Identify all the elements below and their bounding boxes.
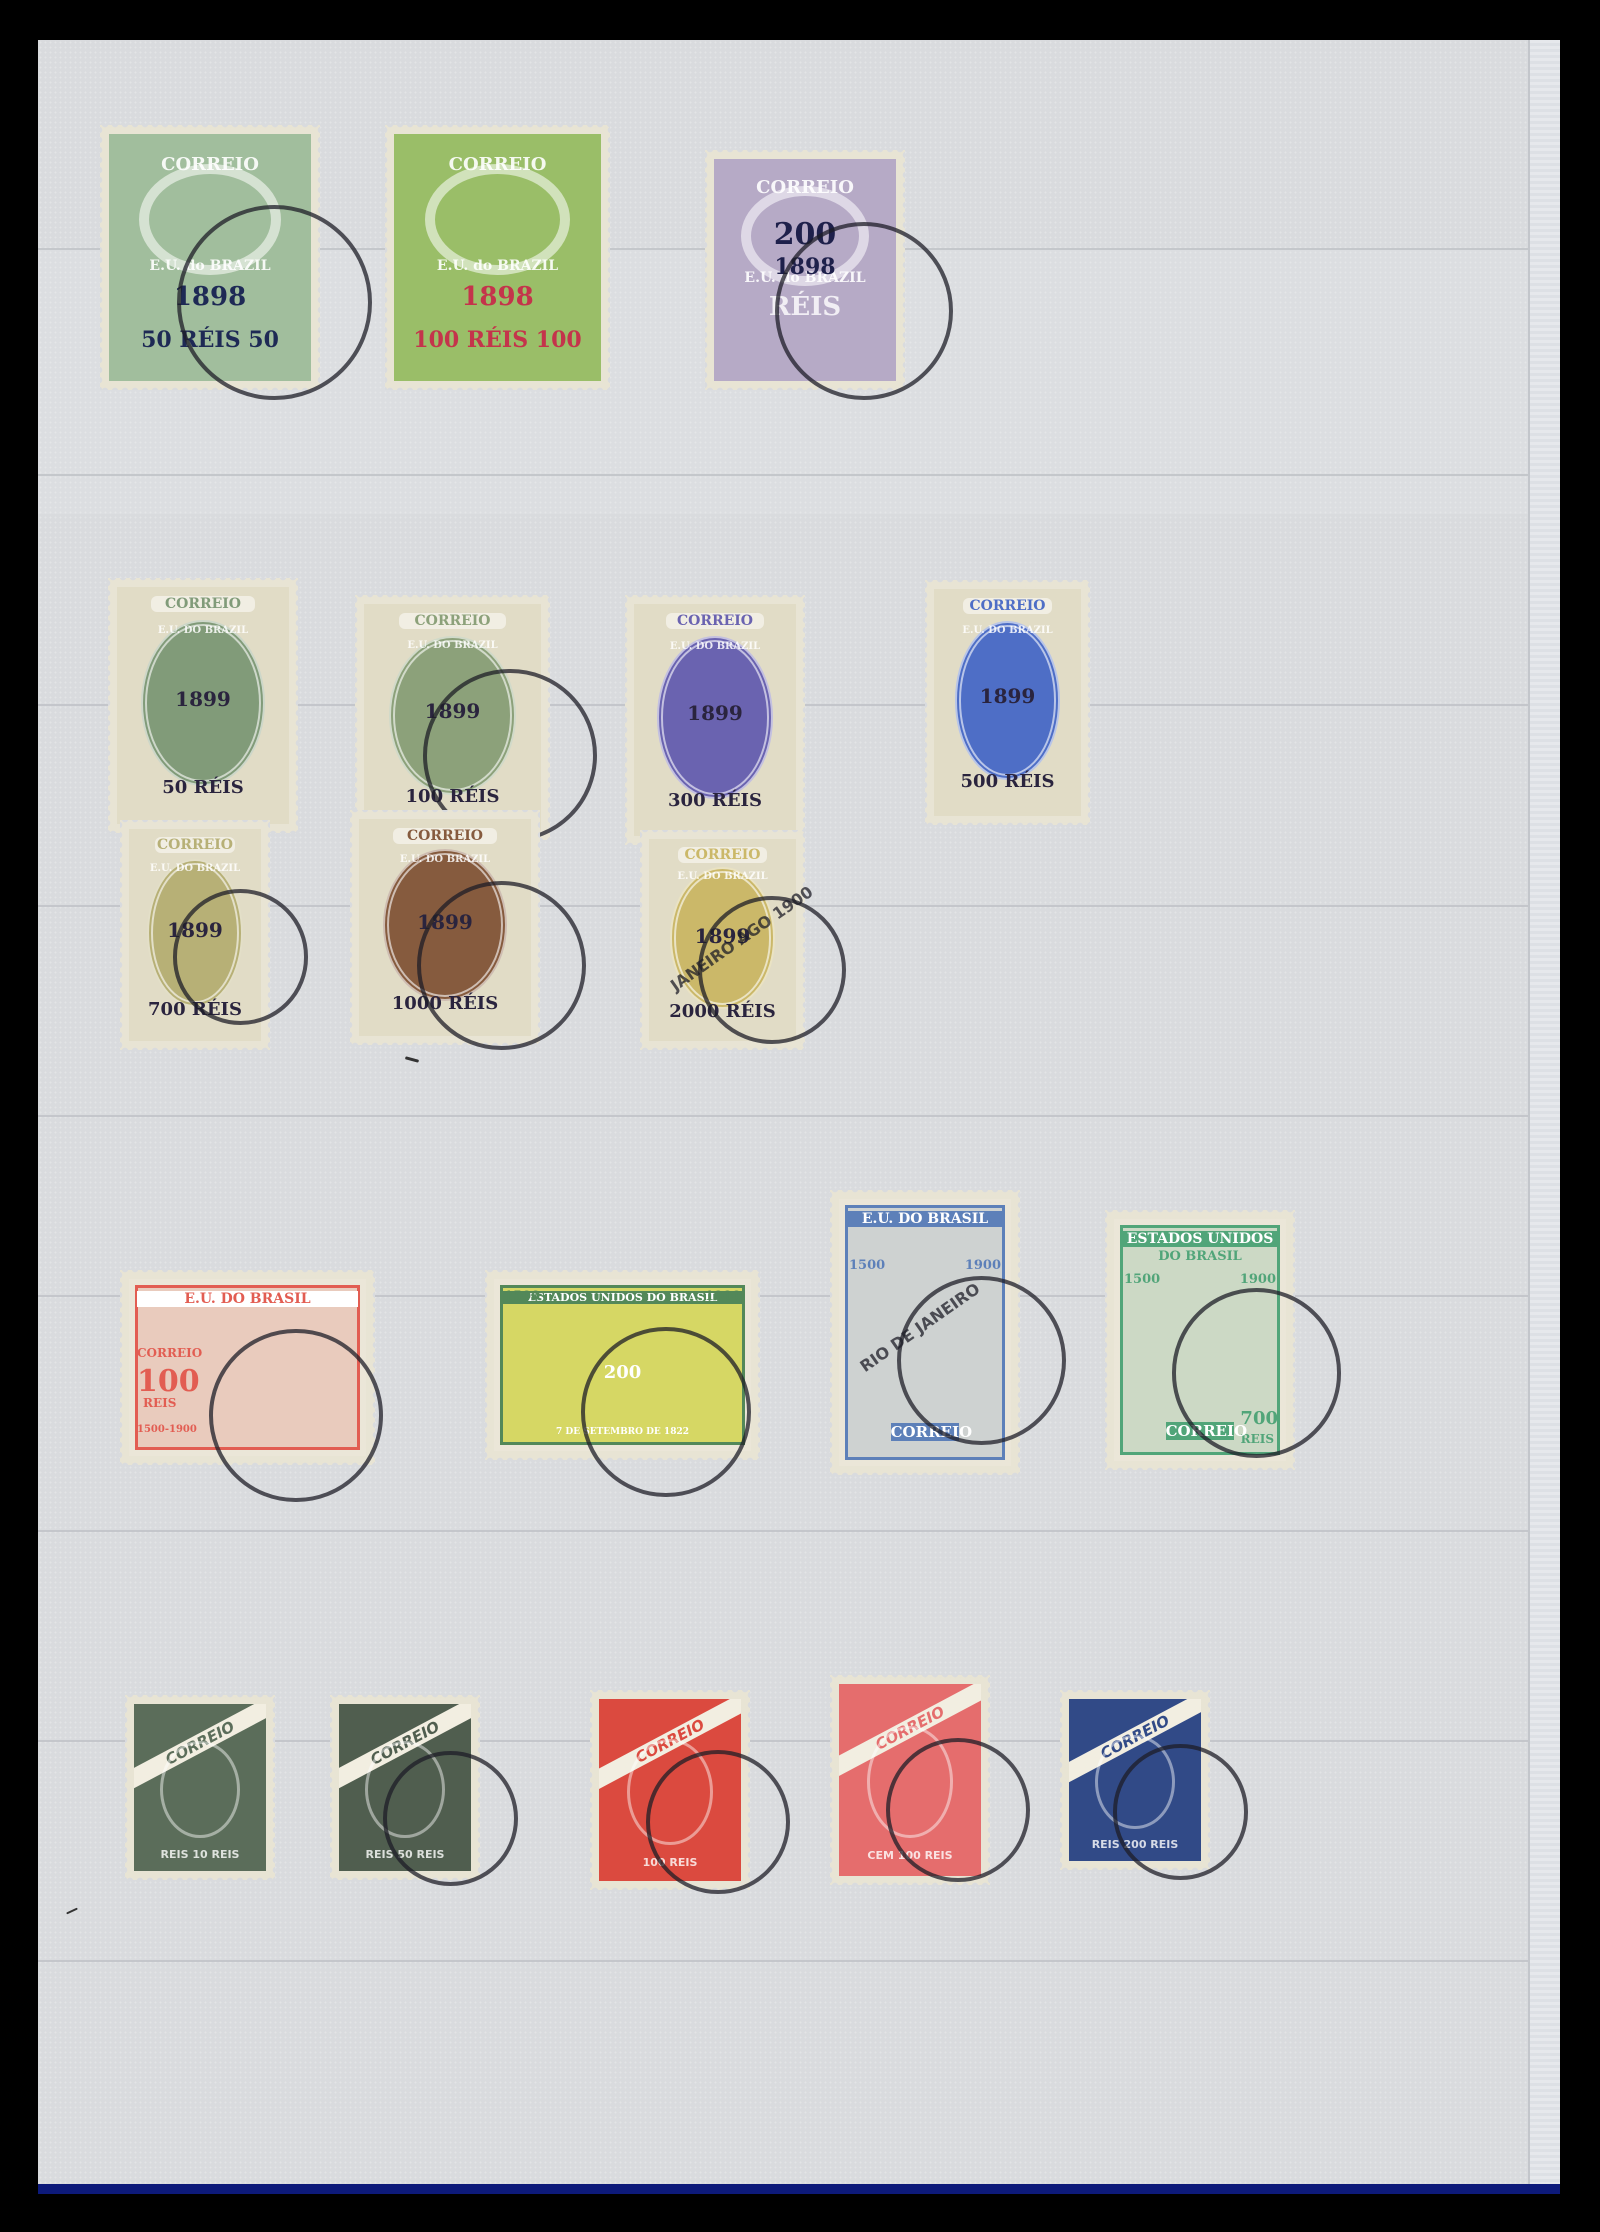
stamp-design: CORREIOE.U. DO BRAZIL1899100 RÉIS — [364, 604, 541, 831]
overprint-year: 1898 — [394, 282, 601, 312]
stamp-design: CORREIOREIS 10 REIS — [134, 1704, 266, 1871]
stamp-design: CORREIOE.U. do BRAZIL189850 RÉIS 50 — [109, 134, 311, 381]
stamp[interactable]: CORREIOE.U. DO BRAZIL189950 RÉIS — [108, 578, 298, 833]
portrait-oval — [627, 1739, 712, 1845]
stamp[interactable]: E.U. DO BRASIL15001900CORREIORIO DE JANE… — [830, 1190, 1020, 1475]
stamp-caption: 7 DE SETEMBRO DE 1822 — [494, 1427, 751, 1437]
stamp-years: 1500-1900 — [129, 1424, 366, 1435]
stamp-value-label: REIS 200 REIS — [1069, 1838, 1201, 1851]
stamp-design: CORREIOCEM 100 REIS — [839, 1684, 981, 1876]
strip-edge — [38, 1115, 1528, 1117]
stamp-year-right: 1900 — [839, 1258, 1011, 1273]
strip-edge — [38, 1960, 1528, 1962]
stamp[interactable]: CORREIOE.U. do BRAZIL1898100 RÉIS 100 — [385, 125, 610, 390]
stamp-title: E.U. DO BRASIL — [137, 1291, 358, 1307]
overprint-value: 200 — [714, 217, 896, 252]
stamp-ring-text: E.U. DO BRAZIL — [359, 854, 531, 865]
stamp-value: 200 — [494, 1362, 751, 1383]
stamp-ring-text: E.U. DO BRAZIL — [649, 871, 796, 882]
stamp[interactable]: E.U. DO BRASILCORREIO100REIS1500-1900 — [120, 1270, 375, 1465]
overprint-value: 50 RÉIS — [117, 777, 289, 798]
portrait-oval — [1095, 1735, 1174, 1829]
stamp[interactable]: CORREIOE.U. DO BRAZIL1899500 RÉIS — [925, 580, 1090, 825]
overprint-value: 100 RÉIS — [364, 786, 541, 807]
overprint-value: 700 RÉIS — [129, 999, 261, 1020]
stamp-country: E.U. do BRAZIL — [109, 258, 311, 274]
overprint-year: 1898 — [714, 254, 896, 280]
stamp-design: CORREIOE.U. DO BRAZIL1899500 RÉIS — [934, 589, 1081, 816]
stamp-value-label: REIS 10 REIS — [134, 1848, 266, 1861]
portrait-oval — [160, 1741, 239, 1838]
stamp[interactable]: CORREIOREIS 200 REIS — [1060, 1690, 1210, 1870]
stamp-design: CORREIO100 REIS — [599, 1699, 741, 1881]
stamp-design: CORREIOE.U. DO BRAZIL189950 RÉIS — [117, 587, 289, 824]
stamp-design: ESTADOS UNIDOSDO BRASIL15001900700REISCO… — [1114, 1219, 1286, 1461]
stamp[interactable]: CORREIOE.U. do BRAZIL189850 RÉIS 50 — [100, 125, 320, 390]
stamp-title: CORREIO — [394, 154, 601, 175]
stamp-title: CORREIO — [714, 177, 896, 198]
portrait-oval — [365, 1741, 444, 1838]
bottom-band — [38, 2184, 1560, 2194]
stamp-label: CORREIO — [1166, 1422, 1235, 1440]
stamp-title: CORREIO — [151, 596, 254, 612]
overprint-year: 1899 — [634, 701, 796, 725]
stamp-title: CORREIO — [155, 837, 234, 853]
overprint-value: 2000 RÉIS — [649, 1001, 796, 1022]
stamp-ring-text: E.U. DO BRAZIL — [934, 625, 1081, 636]
strip-edge — [38, 474, 1528, 476]
stamp-design: CORREIOE.U. DO BRAZIL18991000 RÉIS — [359, 819, 531, 1036]
overprint-year: 1899 — [934, 684, 1081, 708]
stamp-value-label: CEM 100 REIS — [839, 1849, 981, 1862]
overprint-year: 1899 — [129, 918, 261, 942]
stamp-title: E.U. DO BRASIL — [847, 1211, 1003, 1227]
stamp-label: CORREIO — [891, 1423, 960, 1441]
overprint-year: 1899 — [364, 699, 541, 723]
strip-edge — [38, 1530, 1528, 1532]
stamp[interactable]: ESTADOS UNIDOSDO BRASIL15001900700REISCO… — [1105, 1210, 1295, 1470]
stamp[interactable]: CORREIOREIS 10 REIS — [125, 1695, 275, 1880]
stamp[interactable]: CORREIOE.U. DO BRAZIL1899700 RÉIS — [120, 820, 270, 1050]
stamp-label: RÉIS — [714, 292, 896, 322]
overprint-year: 1899 — [117, 687, 289, 711]
overprint-value: 300 RÉIS — [634, 790, 796, 811]
stamp-value-label: REIS 50 REIS — [339, 1848, 471, 1861]
stamp-ring-text: E.U. DO BRAZIL — [129, 863, 261, 874]
overprint-value: 500 RÉIS — [934, 771, 1081, 792]
stamp-design: E.U. DO BRASILCORREIO100REIS1500-1900 — [129, 1279, 366, 1456]
stamp[interactable]: CORREIOE.U. DO BRAZIL18992000 RÉISJANEIR… — [640, 830, 805, 1050]
stamp-year-right: 1900 — [494, 1289, 751, 1304]
overprint-year: 1899 — [359, 910, 531, 934]
stamp[interactable]: CORREIOE.U. do BRAZIL2001898RÉIS — [705, 150, 905, 390]
stamp-title: CORREIO — [399, 613, 505, 629]
stamp-ring-text: E.U. DO BRAZIL — [117, 625, 289, 636]
stamp-design: CORREIOE.U. DO BRAZIL1899300 RÉIS — [634, 604, 796, 836]
stamp-country: E.U. do BRAZIL — [394, 258, 601, 274]
stamp-title: CORREIO — [963, 598, 1051, 614]
stamp-title: ESTADOS UNIDOS — [1122, 1231, 1278, 1247]
stamp[interactable]: CORREIOE.U. DO BRAZIL1899100 RÉIS — [355, 595, 550, 840]
overprint-value: 50 RÉIS 50 — [109, 327, 311, 353]
binding-strip — [1528, 40, 1560, 2194]
stamp-side-label: CORREIO — [129, 1346, 366, 1360]
stamp-subtitle: DO BRASIL — [1114, 1249, 1286, 1264]
stamp-design: CORREIOE.U. DO BRAZIL1899700 RÉIS — [129, 829, 261, 1041]
stamp-year-right: 1900 — [1114, 1272, 1286, 1287]
stamp-title: CORREIO — [666, 613, 763, 629]
stamp-design: CORREIOE.U. do BRAZIL1898100 RÉIS 100 — [394, 134, 601, 381]
stamp-design: CORREIOREIS 50 REIS — [339, 1704, 471, 1871]
stamp[interactable]: CORREIOCEM 100 REIS — [830, 1675, 990, 1885]
stamp-title: CORREIO — [393, 828, 496, 844]
overprint-value: 1000 RÉIS — [359, 993, 531, 1014]
stamp-ring-text: E.U. DO BRAZIL — [364, 640, 541, 651]
stamp[interactable]: CORREIO100 REIS — [590, 1690, 750, 1890]
stamp-value: 100 — [129, 1364, 366, 1399]
stamp[interactable]: CORREIOE.U. DO BRAZIL18991000 RÉIS — [350, 810, 540, 1045]
stamp-value-label: 100 REIS — [599, 1856, 741, 1869]
stamp-title: CORREIO — [678, 847, 766, 863]
overprint-year: 1898 — [109, 282, 311, 312]
stamp-unit: REIS — [129, 1396, 366, 1410]
stamp[interactable]: ESTADOS UNIDOS DO BRASIL150019002007 DE … — [485, 1270, 760, 1460]
stamp-title: CORREIO — [109, 154, 311, 175]
stamp-design: CORREIOE.U. do BRAZIL2001898RÉIS — [714, 159, 896, 381]
stamp[interactable]: CORREIOE.U. DO BRAZIL1899300 RÉIS — [625, 595, 805, 845]
overprint-value: 100 RÉIS 100 — [394, 327, 601, 353]
stamp[interactable]: CORREIOREIS 50 REIS — [330, 1695, 480, 1880]
stamp-design: ESTADOS UNIDOS DO BRASIL150019002007 DE … — [494, 1279, 751, 1451]
stamp-ring-text: E.U. DO BRAZIL — [634, 641, 796, 652]
portrait-oval — [867, 1726, 952, 1837]
stamp-design: CORREIOREIS 200 REIS — [1069, 1699, 1201, 1861]
